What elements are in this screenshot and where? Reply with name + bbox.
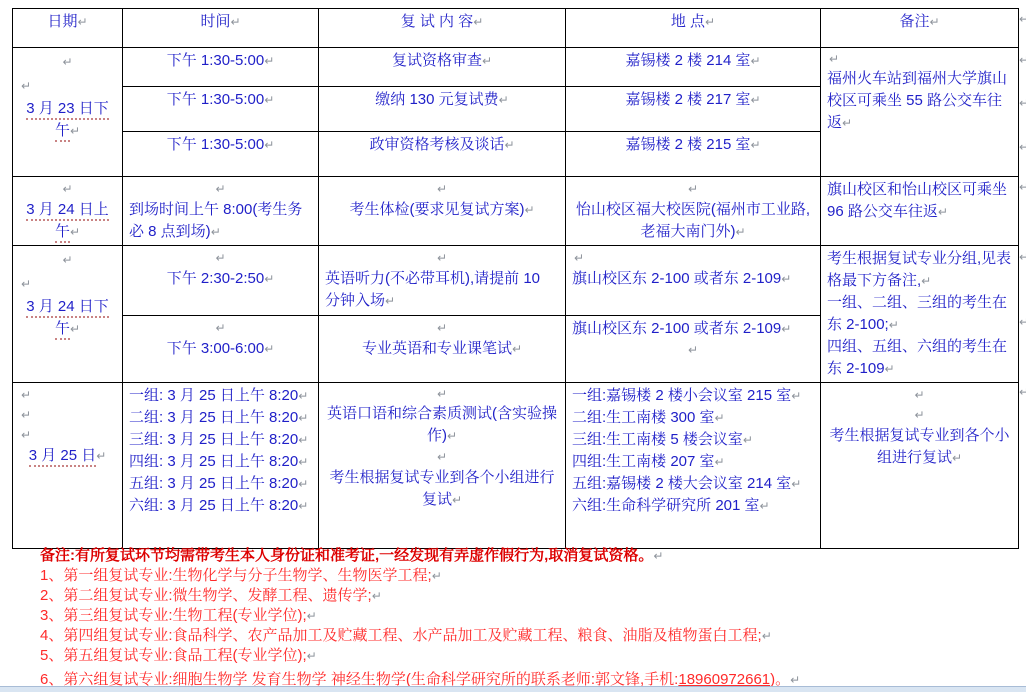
pilcrow-icon <box>938 205 948 219</box>
pilcrow-icon <box>452 493 462 507</box>
pilcrow-icon <box>62 182 72 196</box>
pilcrow-icon <box>298 389 308 403</box>
pilcrow-icon <box>307 649 317 663</box>
pilcrow-icon <box>437 387 447 401</box>
header-remark: 备注 <box>821 9 1019 48</box>
pilcrow-icon <box>437 450 447 464</box>
cell-remark-mar24pm: 考生根据复试专业分组,见表格最下方备注, 一组、二组、三组的考生在东 2-100… <box>821 246 1019 383</box>
cell-content: 复试资格审查 <box>319 48 566 87</box>
cell-content: 英语口语和综合素质测试(含实验操作) 考生根据复试专业到各个小组进行复试 <box>319 383 566 549</box>
cell-date-mar25: 3 月 25 日 <box>13 383 123 549</box>
date-label: 3 月 23 日下午 <box>26 100 109 142</box>
pilcrow-icon <box>715 411 725 425</box>
pilcrow-icon <box>21 79 31 93</box>
pilcrow-icon <box>437 182 447 196</box>
pilcrow-icon <box>715 455 725 469</box>
pilcrow-icon <box>885 362 895 376</box>
pilcrow-icon <box>21 388 31 402</box>
pilcrow-icon <box>298 411 308 425</box>
pilcrow-icon <box>790 673 800 687</box>
pilcrow-icon <box>264 93 274 107</box>
pilcrow-icon <box>750 138 760 152</box>
pilcrow-icon <box>230 15 240 29</box>
pilcrow-icon <box>264 342 274 356</box>
pilcrow-icon <box>1019 53 1026 67</box>
pilcrow-icon <box>921 274 931 288</box>
pilcrow-icon <box>385 294 395 308</box>
pilcrow-icon <box>264 54 274 68</box>
footnote-title: 备注:有所复试环节均需带考生本人身份证和准考证,一经发现有弄虚作假行为,取消复试… <box>40 546 1015 566</box>
pilcrow-icon <box>1019 12 1026 26</box>
cell-place: 嘉锡楼 2 楼 217 室 <box>566 87 821 132</box>
pilcrow-icon <box>447 429 457 443</box>
table-row: 3 月 24 日下午 下午 2:30-2:50 英语听力(不必带耳机),请提前 … <box>13 246 1019 316</box>
cell-time: 下午 1:30-5:00 <box>123 48 319 87</box>
pilcrow-icon <box>77 15 87 29</box>
pilcrow-icon <box>437 321 447 335</box>
cell-remark-mar24am: 旗山校区和怡山校区可乘坐 96 路公交车往返 <box>821 177 1019 246</box>
pilcrow-icon <box>70 124 80 138</box>
pilcrow-icon <box>914 388 924 402</box>
pilcrow-icon <box>889 318 899 332</box>
cell-place-groups: 一组:嘉锡楼 2 楼小会议室 215 室 二组:生工南楼 300 室 三组:生工… <box>566 383 821 549</box>
pilcrow-icon <box>437 251 447 265</box>
pilcrow-icon <box>499 93 509 107</box>
cell-time: 下午 1:30-5:00 <box>123 132 319 177</box>
pilcrow-icon <box>482 54 492 68</box>
cell-place: 旗山校区东 2-100 或者东 2-109 <box>566 315 821 383</box>
header-date: 日期 <box>13 9 123 48</box>
pilcrow-icon <box>264 272 274 286</box>
pilcrow-icon <box>298 477 308 491</box>
pilcrow-icon <box>791 389 801 403</box>
pilcrow-icon <box>96 449 106 463</box>
pilcrow-icon <box>842 116 852 130</box>
pilcrow-icon <box>743 433 753 447</box>
pilcrow-icon <box>70 225 80 239</box>
pilcrow-icon <box>215 251 225 265</box>
pilcrow-icon <box>929 15 939 29</box>
cell-time: 下午 1:30-5:00 <box>123 87 319 132</box>
pilcrow-icon <box>21 408 31 422</box>
cell-remark-mar25: 考生根据复试专业到各个小组进行复试 <box>821 383 1019 549</box>
pilcrow-icon <box>21 277 31 291</box>
pilcrow-icon <box>62 55 72 69</box>
pilcrow-icon <box>781 272 791 286</box>
pilcrow-icon <box>215 182 225 196</box>
pilcrow-icon <box>750 93 760 107</box>
pilcrow-icon <box>829 52 839 66</box>
pilcrow-icon <box>264 138 274 152</box>
pilcrow-icon <box>688 182 698 196</box>
footnote-item-3: 3、第三组复试专业:生物工程(专业学位); <box>40 606 1015 626</box>
pilcrow-icon <box>688 343 698 357</box>
exam-schedule-table: 日期 时间 复 试 内 容 地 点 备注 3 月 23 日下午 下午 1:30-… <box>12 8 1019 549</box>
pilcrow-icon <box>512 342 522 356</box>
table-row: 3 月 25 日 一组: 3 月 25 日上午 8:20 二组: 3 月 25 … <box>13 383 1019 549</box>
cell-content: 英语听力(不必带耳机),请提前 10 分钟入场 <box>319 246 566 316</box>
header-place: 地 点 <box>566 9 821 48</box>
cell-content: 政审资格考核及谈话 <box>319 132 566 177</box>
pilcrow-icon <box>70 322 80 336</box>
cell-time: 下午 3:00-6:00 <box>123 315 319 383</box>
pilcrow-icon <box>762 629 772 643</box>
pilcrow-icon <box>62 253 72 267</box>
cell-place: 嘉锡楼 2 楼 214 室 <box>566 48 821 87</box>
pilcrow-icon <box>1019 140 1026 154</box>
cell-time: 下午 2:30-2:50 <box>123 246 319 316</box>
footnotes-block: 备注:有所复试环节均需带考生本人身份证和准考证,一经发现有弄虚作假行为,取消复试… <box>40 546 1015 690</box>
pilcrow-icon <box>1019 96 1026 110</box>
pilcrow-icon <box>750 54 760 68</box>
pilcrow-icon <box>211 225 221 239</box>
pilcrow-icon <box>298 499 308 513</box>
pilcrow-icon <box>914 408 924 422</box>
table-row: 3 月 24 日上午 到场时间上午 8:00(考生务必 8 点到场) 考生体检(… <box>13 177 1019 246</box>
cell-place: 旗山校区东 2-100 或者东 2-109 <box>566 246 821 316</box>
pilcrow-icon <box>760 499 770 513</box>
pilcrow-icon <box>432 569 442 583</box>
cell-time-groups: 一组: 3 月 25 日上午 8:20 二组: 3 月 25 日上午 8:20 … <box>123 383 319 549</box>
pilcrow-icon <box>298 433 308 447</box>
pilcrow-icon <box>524 203 534 217</box>
cell-date-mar23pm: 3 月 23 日下午 <box>13 48 123 177</box>
pilcrow-icon <box>298 455 308 469</box>
pilcrow-icon <box>21 428 31 442</box>
pilcrow-icon <box>1019 180 1026 194</box>
pilcrow-icon <box>1019 315 1026 329</box>
date-label: 3 月 24 日上午 <box>26 201 109 243</box>
header-time: 时间 <box>123 9 319 48</box>
header-content: 复 试 内 容 <box>319 9 566 48</box>
pilcrow-icon <box>1019 385 1026 399</box>
footnote-item-4: 4、第四组复试专业:食品科学、农产品加工及贮藏工程、水产品加工及贮藏工程、粮食、… <box>40 626 1015 646</box>
pilcrow-icon <box>504 138 514 152</box>
pilcrow-icon <box>653 549 663 563</box>
pilcrow-icon <box>781 322 791 336</box>
pilcrow-icon <box>735 225 745 239</box>
pilcrow-icon <box>705 15 715 29</box>
pilcrow-icon <box>215 321 225 335</box>
table-row: 3 月 23 日下午 下午 1:30-5:00 复试资格审查 嘉锡楼 2 楼 2… <box>13 48 1019 87</box>
header-row: 日期 时间 复 试 内 容 地 点 备注 <box>13 9 1019 48</box>
cell-content: 专业英语和专业课笔试 <box>319 315 566 383</box>
pilcrow-icon <box>473 15 483 29</box>
cell-place: 怡山校区福大校医院(福州市工业路,老福大南门外) <box>566 177 821 246</box>
date-label: 3 月 25 日 <box>29 447 97 467</box>
footnote-item-1: 1、第一组复试专业:生物化学与分子生物学、生物医学工程; <box>40 566 1015 586</box>
pilcrow-icon <box>952 451 962 465</box>
pilcrow-icon <box>574 251 584 265</box>
footnote-item-5: 5、第五组复试专业:食品工程(专业学位); <box>40 646 1015 666</box>
cell-date-mar24pm: 3 月 24 日下午 <box>13 246 123 383</box>
cell-content: 缴纳 130 元复试费 <box>319 87 566 132</box>
pilcrow-icon <box>791 477 801 491</box>
cell-content: 考生体检(要求见复试方案) <box>319 177 566 246</box>
pilcrow-icon <box>372 589 382 603</box>
pilcrow-icon <box>1019 250 1026 264</box>
footnote-item-2: 2、第二组复试专业:微生物学、发酵工程、遗传学; <box>40 586 1015 606</box>
date-label: 3 月 24 日下午 <box>26 298 109 340</box>
window-bottom-edge <box>0 686 1026 692</box>
pilcrow-icon <box>307 609 317 623</box>
cell-remark-mar23pm: 福州火车站到福州大学旗山校区可乘坐 55 路公交车往返 <box>821 48 1019 177</box>
cell-date-mar24am: 3 月 24 日上午 <box>13 177 123 246</box>
cell-place: 嘉锡楼 2 楼 215 室 <box>566 132 821 177</box>
cell-time: 到场时间上午 8:00(考生务必 8 点到场) <box>123 177 319 246</box>
